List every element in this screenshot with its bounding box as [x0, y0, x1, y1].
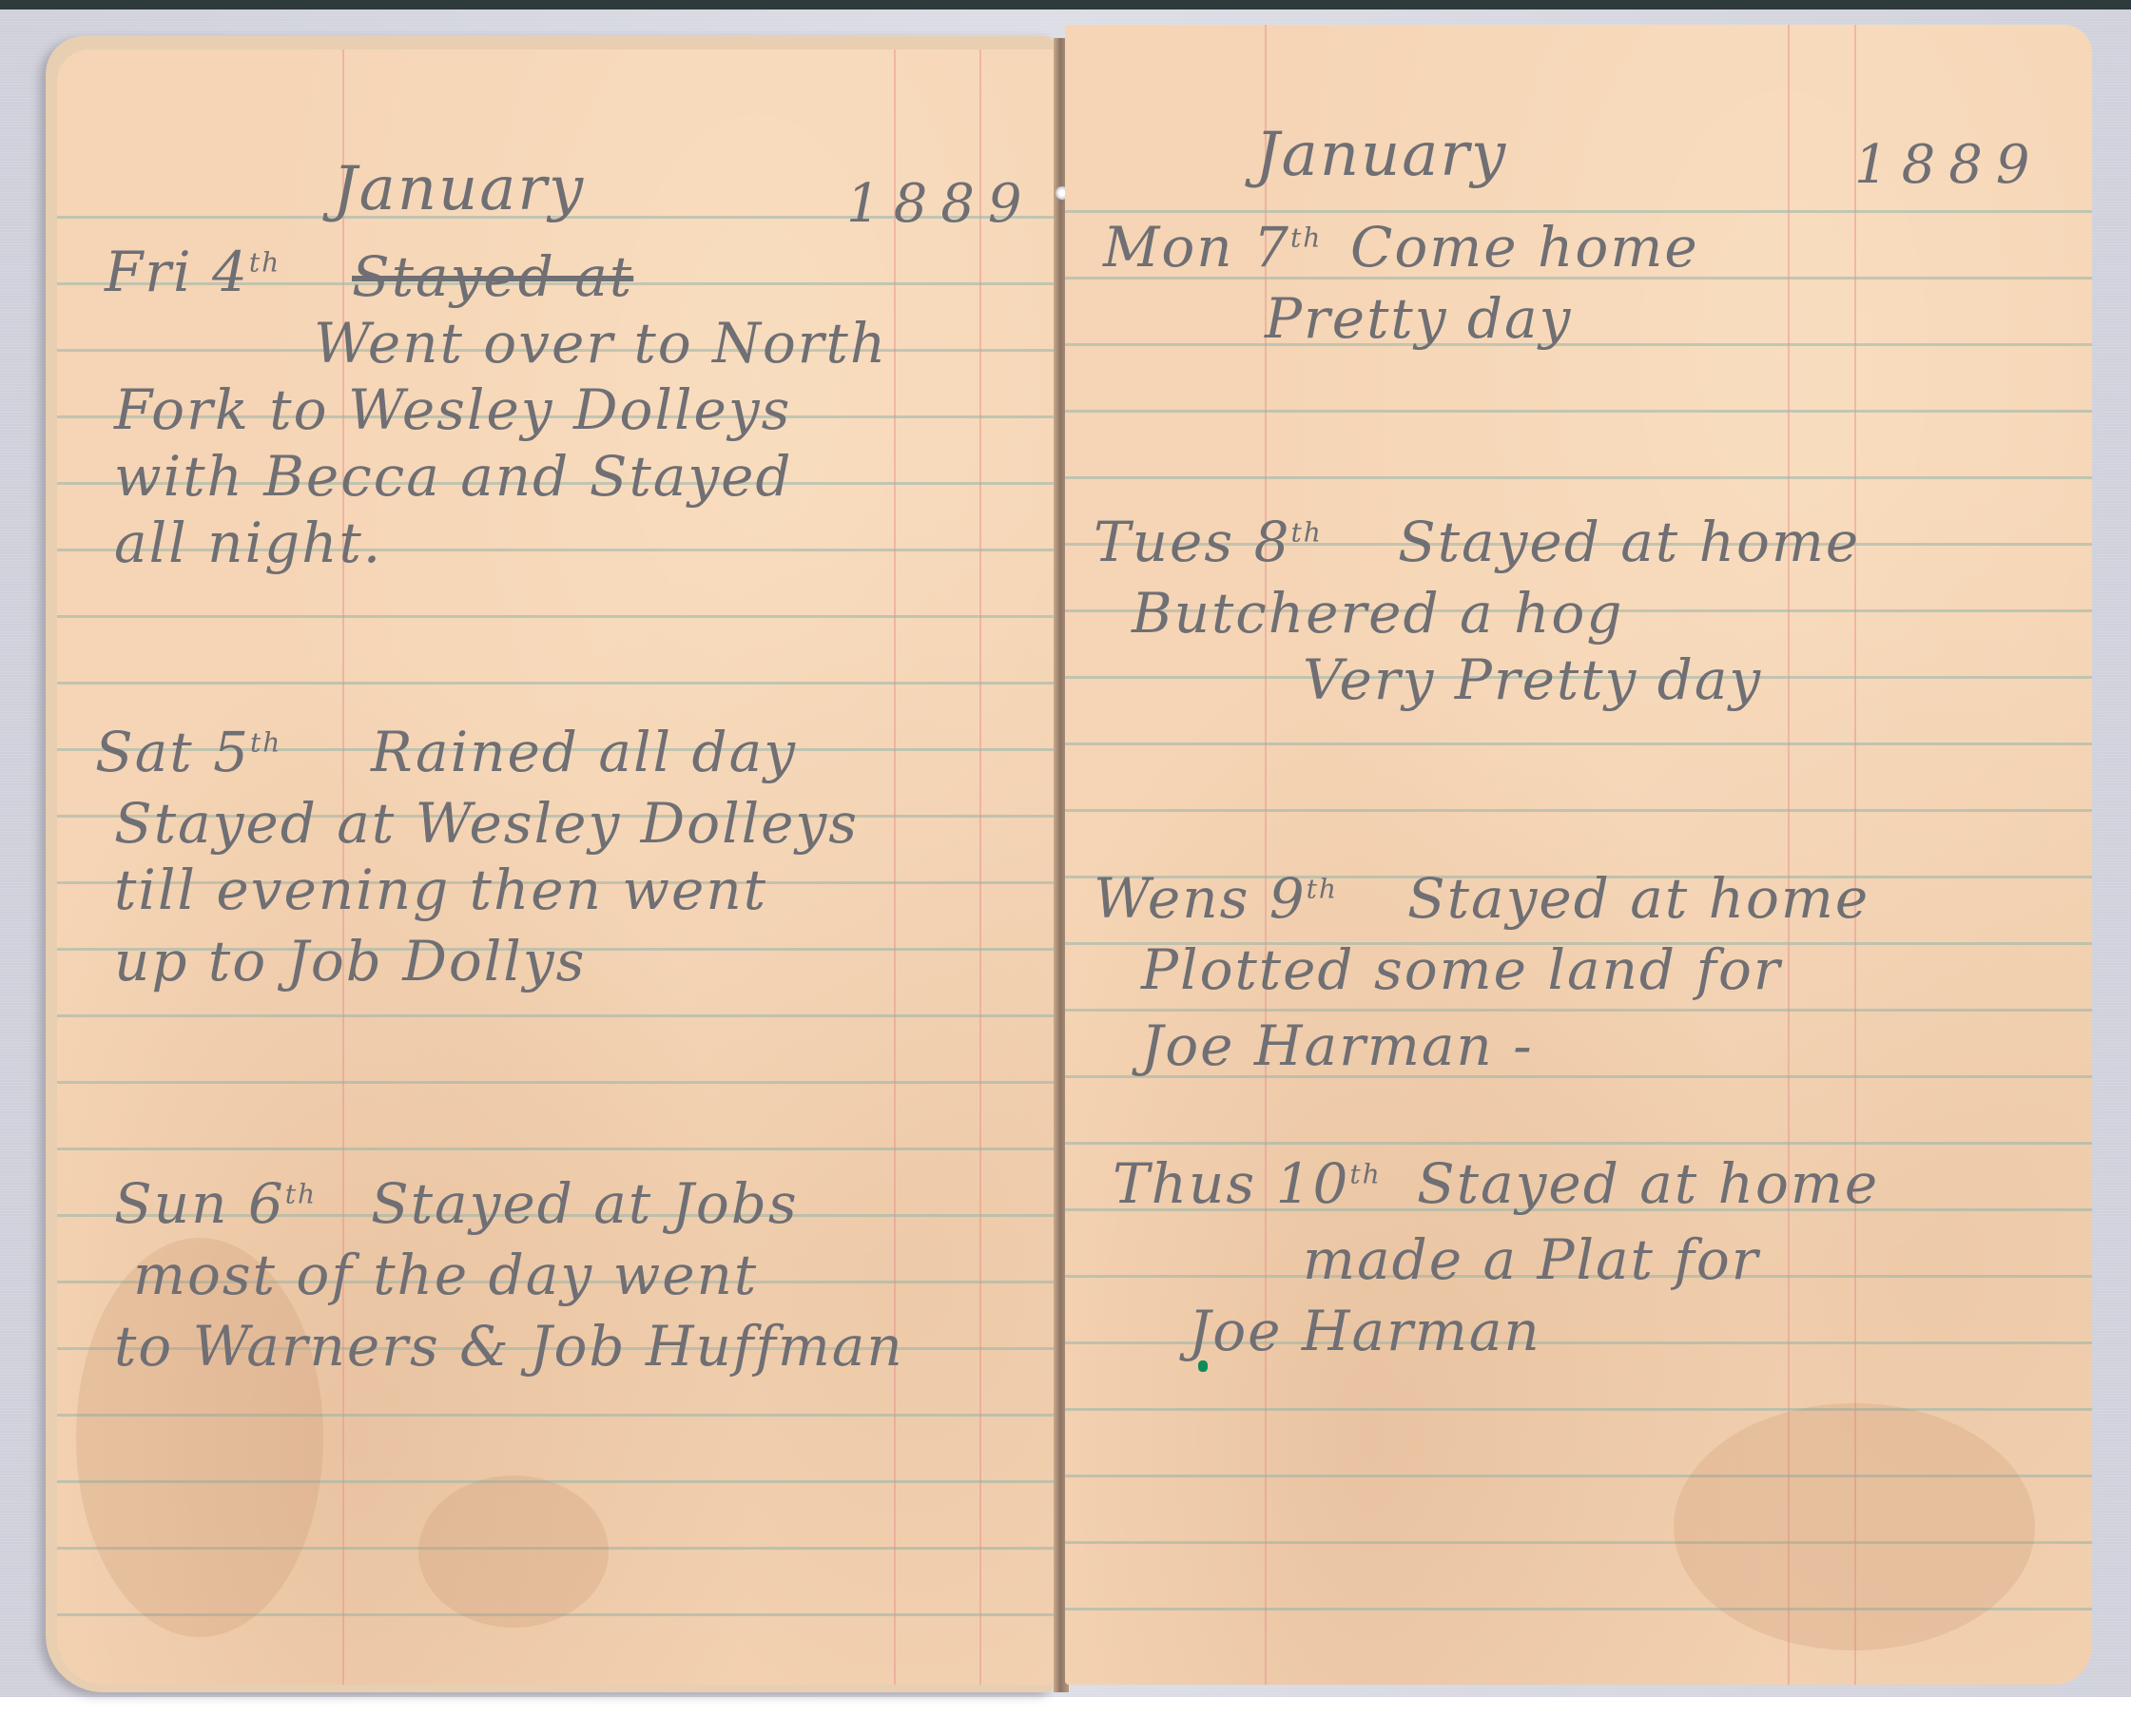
- rule-line: [57, 615, 1057, 618]
- rule-line: [57, 1148, 1057, 1150]
- entry-line: till evening then went: [114, 858, 767, 922]
- entry-line: Stayed at home: [1407, 866, 1869, 931]
- entry-date-sun: Sun 6th: [114, 1171, 317, 1236]
- day-number: 5: [213, 720, 250, 784]
- right-page: January 1889 Mon 7th Come home Pretty da…: [1065, 25, 2092, 1685]
- entry-line: most of the day went: [133, 1243, 758, 1307]
- entry-line: Stayed at Jobs: [371, 1171, 799, 1236]
- day-name: Sat: [95, 720, 194, 784]
- scanner-lid-edge: [0, 0, 2131, 10]
- day-number: 6: [248, 1171, 285, 1236]
- month-heading: January: [333, 154, 585, 224]
- rule-line: [1065, 1142, 2092, 1145]
- margin-line: [894, 49, 896, 1685]
- rule-line: [57, 682, 1057, 685]
- ordinal-suffix: th: [250, 727, 281, 759]
- entry-line: all night.: [114, 511, 382, 575]
- ordinal-suffix: th: [1290, 517, 1322, 549]
- day-name: Tues: [1094, 510, 1234, 574]
- green-ink-dot: [1198, 1360, 1208, 1372]
- entry-line: Butchered a hog: [1132, 581, 1623, 646]
- rule-line: [1065, 1009, 2092, 1012]
- entry-line: Come home: [1350, 215, 1699, 280]
- entry-line: Stayed at home: [1417, 1151, 1879, 1216]
- ordinal-suffix: th: [249, 247, 281, 279]
- left-page: January 1889 Fri 4th Stayed at Went over…: [57, 49, 1057, 1685]
- ordinal-suffix: th: [1349, 1159, 1381, 1190]
- entry-line: Rained all day: [371, 720, 797, 784]
- year-heading: 1889: [1854, 134, 2044, 196]
- entry-date-sat: Sat 5th: [95, 720, 281, 784]
- entry-line: Joe Harman -: [1141, 1013, 1534, 1078]
- entry-line: with Becca and Stayed: [114, 444, 793, 509]
- entry-line: Joe Harman: [1189, 1299, 1541, 1363]
- rule-line: [1065, 210, 2092, 213]
- ordinal-suffix: th: [1290, 222, 1322, 254]
- entry-date-thus: Thus 10th: [1113, 1151, 1382, 1216]
- day-number: 10: [1276, 1151, 1350, 1216]
- day-number: 8: [1254, 510, 1291, 574]
- water-stain: [418, 1476, 609, 1628]
- entry-line: Fork to Wesley Dolleys: [114, 377, 791, 442]
- day-name: Wens: [1094, 866, 1250, 931]
- entry-line: Very Pretty day: [1303, 647, 1762, 712]
- struck-out-text: Stayed at: [352, 244, 633, 309]
- entry-date-mon: Mon 7th: [1103, 215, 1322, 280]
- rule-line: [57, 1014, 1057, 1017]
- entry-line: Pretty day: [1265, 286, 1572, 351]
- rule-line: [1065, 1408, 2092, 1411]
- day-number: 4: [212, 240, 249, 304]
- rule-line: [1065, 343, 2092, 346]
- entry-date-fri: Fri 4th: [105, 240, 281, 304]
- rule-line: [1065, 809, 2092, 812]
- day-name: Sun: [114, 1171, 228, 1236]
- rule-line: [57, 1081, 1057, 1084]
- entry-line: to Warners & Job Huffman: [114, 1314, 904, 1379]
- entry-line: made a Plat for: [1303, 1227, 1760, 1292]
- ordinal-suffix: th: [285, 1179, 317, 1210]
- scan-margin: [0, 1697, 2131, 1736]
- ordinal-suffix: th: [1307, 874, 1338, 905]
- year-heading: 1889: [846, 173, 1036, 235]
- entry-line: up to Job Dollys: [114, 929, 586, 993]
- day-number: 9: [1269, 866, 1307, 931]
- entry-line: Stayed at Wesley Dolleys: [114, 791, 859, 856]
- entry-line: Plotted some land for: [1141, 937, 1782, 1002]
- day-name: Fri: [105, 240, 193, 304]
- month-heading: January: [1255, 120, 1507, 190]
- day-number: 7: [1253, 215, 1290, 280]
- rule-line: [1065, 410, 2092, 413]
- water-stain: [1674, 1403, 2035, 1650]
- entry-date-tues: Tues 8th: [1094, 510, 1323, 574]
- entry-line: Stayed at home: [1398, 510, 1860, 574]
- rule-line: [1065, 476, 2092, 479]
- margin-line: [979, 49, 981, 1685]
- entry-date-wens: Wens 9th: [1094, 866, 1338, 931]
- rule-line: [1065, 743, 2092, 745]
- entry-line: Went over to North: [314, 311, 887, 376]
- day-name: Mon: [1103, 215, 1234, 280]
- day-name: Thus: [1113, 1151, 1256, 1216]
